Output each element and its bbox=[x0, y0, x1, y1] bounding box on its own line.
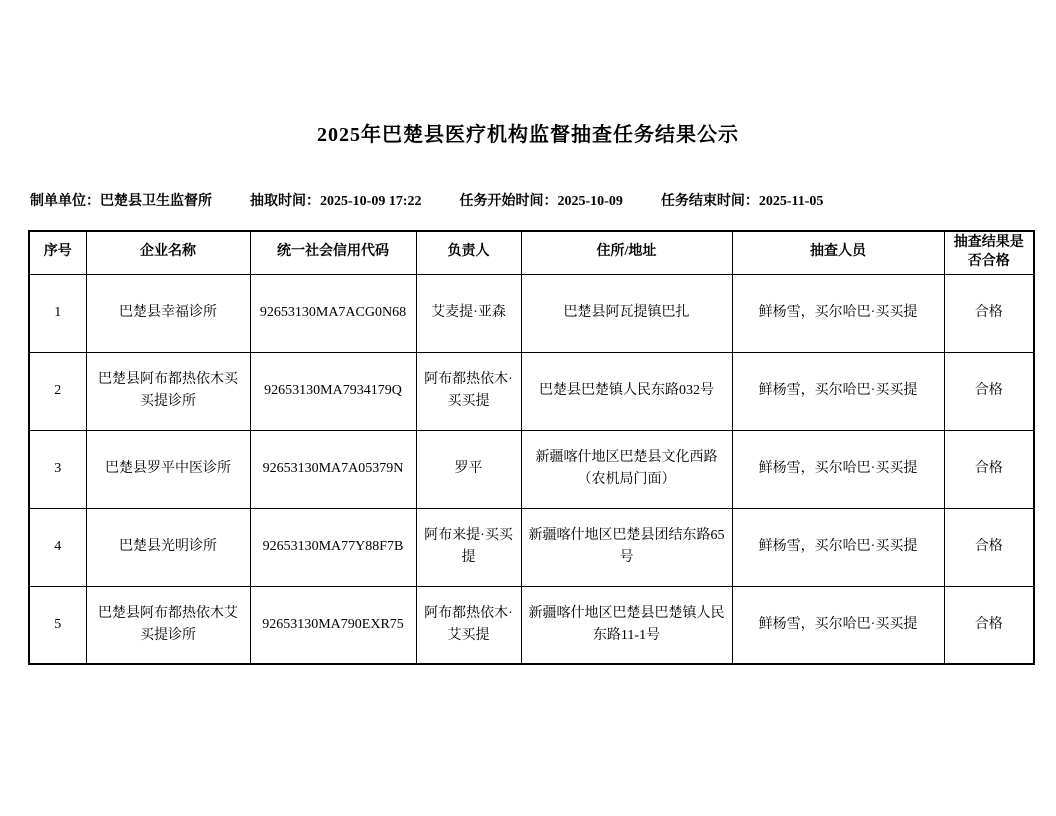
table-row: 3 巴楚县罗平中医诊所 92653130MA7A05379N 罗平 新疆喀什地区… bbox=[29, 430, 1034, 508]
cell-address: 巴楚县巴楚镇人民东路032号 bbox=[521, 352, 732, 430]
cell-result: 合格 bbox=[944, 352, 1034, 430]
column-header-person-in-charge: 负责人 bbox=[416, 231, 521, 274]
cell-credit-code: 92653130MA77Y88F7B bbox=[250, 508, 416, 586]
cell-person-in-charge: 罗平 bbox=[416, 430, 521, 508]
meta-issuing-unit: 制单单位：巴楚县卫生监督所 bbox=[30, 190, 212, 210]
cell-index: 2 bbox=[29, 352, 86, 430]
meta-task-start-label: 任务开始时间： bbox=[460, 194, 558, 209]
cell-inspectors: 鲜杨雪，买尔哈巴·买买提 bbox=[732, 352, 944, 430]
table-row: 4 巴楚县光明诊所 92653130MA77Y88F7B 阿布来提·买买提 新疆… bbox=[29, 508, 1034, 586]
meta-task-start-value: 2025-10-09 bbox=[558, 194, 623, 209]
cell-credit-code: 92653130MA7934179Q bbox=[250, 352, 416, 430]
cell-inspectors: 鲜杨雪，买尔哈巴·买买提 bbox=[732, 274, 944, 352]
meta-info-line: 制单单位：巴楚县卫生监督所 抽取时间：2025-10-09 17:22 任务开始… bbox=[30, 190, 1036, 210]
cell-address: 新疆喀什地区巴楚县巴楚镇人民东路11-1号 bbox=[521, 586, 732, 664]
cell-company-name: 巴楚县幸福诊所 bbox=[86, 274, 250, 352]
meta-issuing-unit-label: 制单单位： bbox=[30, 194, 100, 209]
cell-address: 巴楚县阿瓦提镇巴扎 bbox=[521, 274, 732, 352]
column-header-index: 序号 bbox=[29, 231, 86, 274]
cell-index: 4 bbox=[29, 508, 86, 586]
cell-index: 1 bbox=[29, 274, 86, 352]
cell-person-in-charge: 阿布都热依木·买买提 bbox=[416, 352, 521, 430]
meta-task-start-time: 任务开始时间：2025-10-09 bbox=[460, 190, 623, 210]
cell-credit-code: 92653130MA7ACG0N68 bbox=[250, 274, 416, 352]
cell-person-in-charge: 阿布来提·买买提 bbox=[416, 508, 521, 586]
column-header-credit-code: 统一社会信用代码 bbox=[250, 231, 416, 274]
document-page: 2025年巴楚县医疗机构监督抽查任务结果公示 制单单位：巴楚县卫生监督所 抽取时… bbox=[0, 0, 1056, 816]
cell-credit-code: 92653130MA7A05379N bbox=[250, 430, 416, 508]
column-header-address: 住所/地址 bbox=[521, 231, 732, 274]
cell-address: 新疆喀什地区巴楚县文化西路（农机局门面） bbox=[521, 430, 732, 508]
cell-result: 合格 bbox=[944, 586, 1034, 664]
cell-person-in-charge: 阿布都热依木·艾买提 bbox=[416, 586, 521, 664]
table-row: 5 巴楚县阿布都热依木艾买提诊所 92653130MA790EXR75 阿布都热… bbox=[29, 586, 1034, 664]
meta-task-end-label: 任务结束时间： bbox=[661, 194, 759, 209]
cell-person-in-charge: 艾麦提·亚森 bbox=[416, 274, 521, 352]
cell-company-name: 巴楚县罗平中医诊所 bbox=[86, 430, 250, 508]
meta-task-end-value: 2025-11-05 bbox=[759, 194, 824, 209]
meta-issuing-unit-value: 巴楚县卫生监督所 bbox=[100, 194, 212, 209]
cell-result: 合格 bbox=[944, 430, 1034, 508]
meta-sampling-time-label: 抽取时间： bbox=[250, 194, 320, 209]
cell-index: 5 bbox=[29, 586, 86, 664]
cell-result: 合格 bbox=[944, 508, 1034, 586]
column-header-inspectors: 抽查人员 bbox=[732, 231, 944, 274]
results-table: 序号 企业名称 统一社会信用代码 负责人 住所/地址 抽查人员 抽查结果是否合格… bbox=[28, 230, 1035, 665]
cell-company-name: 巴楚县光明诊所 bbox=[86, 508, 250, 586]
cell-inspectors: 鲜杨雪，买尔哈巴·买买提 bbox=[732, 430, 944, 508]
meta-sampling-time-value: 2025-10-09 17:22 bbox=[320, 194, 422, 209]
cell-address: 新疆喀什地区巴楚县团结东路65号 bbox=[521, 508, 732, 586]
meta-task-end-time: 任务结束时间：2025-11-05 bbox=[661, 190, 824, 210]
table-row: 1 巴楚县幸福诊所 92653130MA7ACG0N68 艾麦提·亚森 巴楚县阿… bbox=[29, 274, 1034, 352]
page-title: 2025年巴楚县医疗机构监督抽查任务结果公示 bbox=[0, 118, 1056, 147]
column-header-result-qualified: 抽查结果是否合格 bbox=[944, 231, 1034, 274]
table-row: 2 巴楚县阿布都热依木买买提诊所 92653130MA7934179Q 阿布都热… bbox=[29, 352, 1034, 430]
cell-company-name: 巴楚县阿布都热依木艾买提诊所 bbox=[86, 586, 250, 664]
table-header-row: 序号 企业名称 统一社会信用代码 负责人 住所/地址 抽查人员 抽查结果是否合格 bbox=[29, 231, 1034, 274]
cell-company-name: 巴楚县阿布都热依木买买提诊所 bbox=[86, 352, 250, 430]
column-header-company-name: 企业名称 bbox=[86, 231, 250, 274]
cell-credit-code: 92653130MA790EXR75 bbox=[250, 586, 416, 664]
cell-inspectors: 鲜杨雪，买尔哈巴·买买提 bbox=[732, 508, 944, 586]
cell-result: 合格 bbox=[944, 274, 1034, 352]
cell-index: 3 bbox=[29, 430, 86, 508]
meta-sampling-time: 抽取时间：2025-10-09 17:22 bbox=[250, 190, 422, 210]
cell-inspectors: 鲜杨雪，买尔哈巴·买买提 bbox=[732, 586, 944, 664]
